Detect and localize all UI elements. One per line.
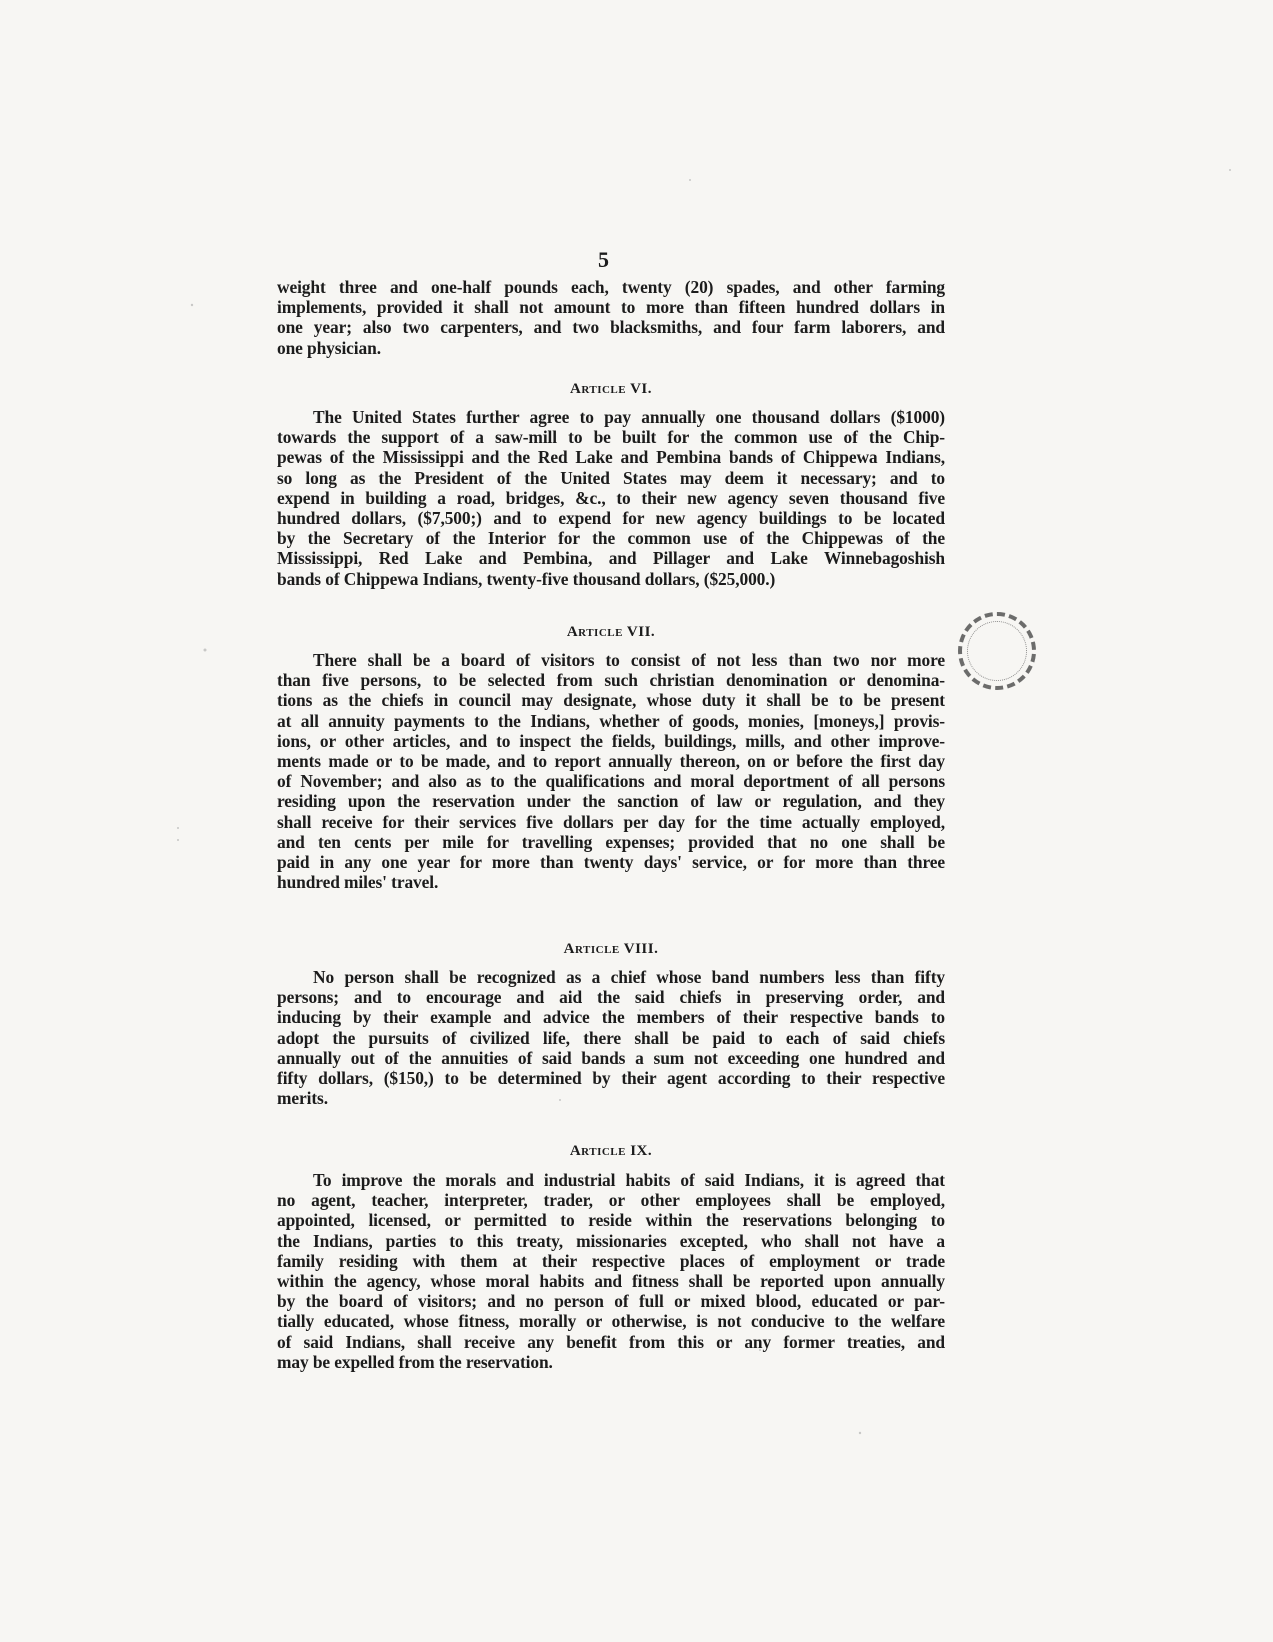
text-line: implements, provided it shall not amount… — [277, 297, 945, 317]
text-line: annually out of the annuities of said ba… — [277, 1048, 945, 1068]
continuation-paragraph: weight three and one-half pounds each, t… — [277, 277, 945, 358]
text-line: towards the support of a saw-mill to be … — [277, 427, 945, 447]
text-line: shall receive for their services five do… — [277, 812, 945, 832]
text-line: within the agency, whose moral habits an… — [277, 1271, 945, 1291]
page-number: 5 — [598, 247, 609, 273]
text-line: adopt the pursuits of civilized life, th… — [277, 1028, 945, 1048]
text-line: hundred miles' travel. — [277, 872, 945, 892]
text-line: No person shall be recognized as a chief… — [277, 967, 945, 987]
text-line: inducing by their example and advice the… — [277, 1007, 945, 1027]
text-line: Mississippi, Red Lake and Pembina, and P… — [277, 548, 945, 568]
text-line: of November; and also as to the qualific… — [277, 771, 945, 791]
article-9-heading: Article IX. — [277, 1143, 945, 1160]
text-line: persons; and to encourage and aid the sa… — [277, 987, 945, 1007]
text-line: residing upon the reservation under the … — [277, 791, 945, 811]
text-line: paid in any one year for more than twent… — [277, 852, 945, 872]
text-line: family residing with them at their respe… — [277, 1251, 945, 1271]
article-7-paragraph: There shall be a board of visitors to co… — [277, 650, 945, 892]
text-line: so long as the President of the United S… — [277, 468, 945, 488]
text-line: weight three and one-half pounds each, t… — [277, 277, 945, 297]
text-line: To improve the morals and industrial hab… — [277, 1170, 945, 1190]
text-line: one physician. — [277, 338, 945, 358]
text-line: may be expelled from the reservation. — [277, 1352, 945, 1372]
seal-stamp-icon — [958, 612, 1036, 690]
text-line: than five persons, to be selected from s… — [277, 670, 945, 690]
seal-inner-ring — [967, 621, 1027, 681]
text-line: no agent, teacher, interpreter, trader, … — [277, 1190, 945, 1210]
article-6-heading: Article VI. — [277, 381, 945, 398]
text-line: merits. — [277, 1088, 945, 1108]
article-6-paragraph: The United States further agree to pay a… — [277, 407, 945, 589]
text-line: by the Secretary of the Interior for the… — [277, 528, 945, 548]
text-line: The United States further agree to pay a… — [277, 407, 945, 427]
text-line: by the board of visitors; and no person … — [277, 1291, 945, 1311]
text-line: of said Indians, shall receive any benef… — [277, 1332, 945, 1352]
text-line: There shall be a board of visitors to co… — [277, 650, 945, 670]
document-page: 5 weight three and one-half pounds each,… — [0, 0, 1273, 1642]
article-8-paragraph: No person shall be recognized as a chief… — [277, 967, 945, 1108]
text-line: one year; also two carpenters, and two b… — [277, 317, 945, 337]
text-line: fifty dollars, ($150,) to be determined … — [277, 1068, 945, 1088]
article-7-heading: Article VII. — [277, 624, 945, 641]
text-line: expend in building a road, bridges, &c.,… — [277, 488, 945, 508]
text-line: the Indians, parties to this treaty, mis… — [277, 1231, 945, 1251]
text-line: bands of Chippewa Indians, twenty-five t… — [277, 569, 945, 589]
text-line: and ten cents per mile for travelling ex… — [277, 832, 945, 852]
article-8-heading: Article VIII. — [277, 941, 945, 958]
article-9-paragraph: To improve the morals and industrial hab… — [277, 1170, 945, 1372]
text-line: appointed, licensed, or permitted to res… — [277, 1210, 945, 1230]
text-line: tions as the chiefs in council may desig… — [277, 690, 945, 710]
text-line: tially educated, whose fitness, morally … — [277, 1311, 945, 1331]
text-line: ions, or other articles, and to inspect … — [277, 731, 945, 751]
text-line: at all annuity payments to the Indians, … — [277, 711, 945, 731]
text-line: hundred dollars, ($7,500;) and to expend… — [277, 508, 945, 528]
text-line: ments made or to be made, and to report … — [277, 751, 945, 771]
text-line: pewas of the Mississippi and the Red Lak… — [277, 447, 945, 467]
